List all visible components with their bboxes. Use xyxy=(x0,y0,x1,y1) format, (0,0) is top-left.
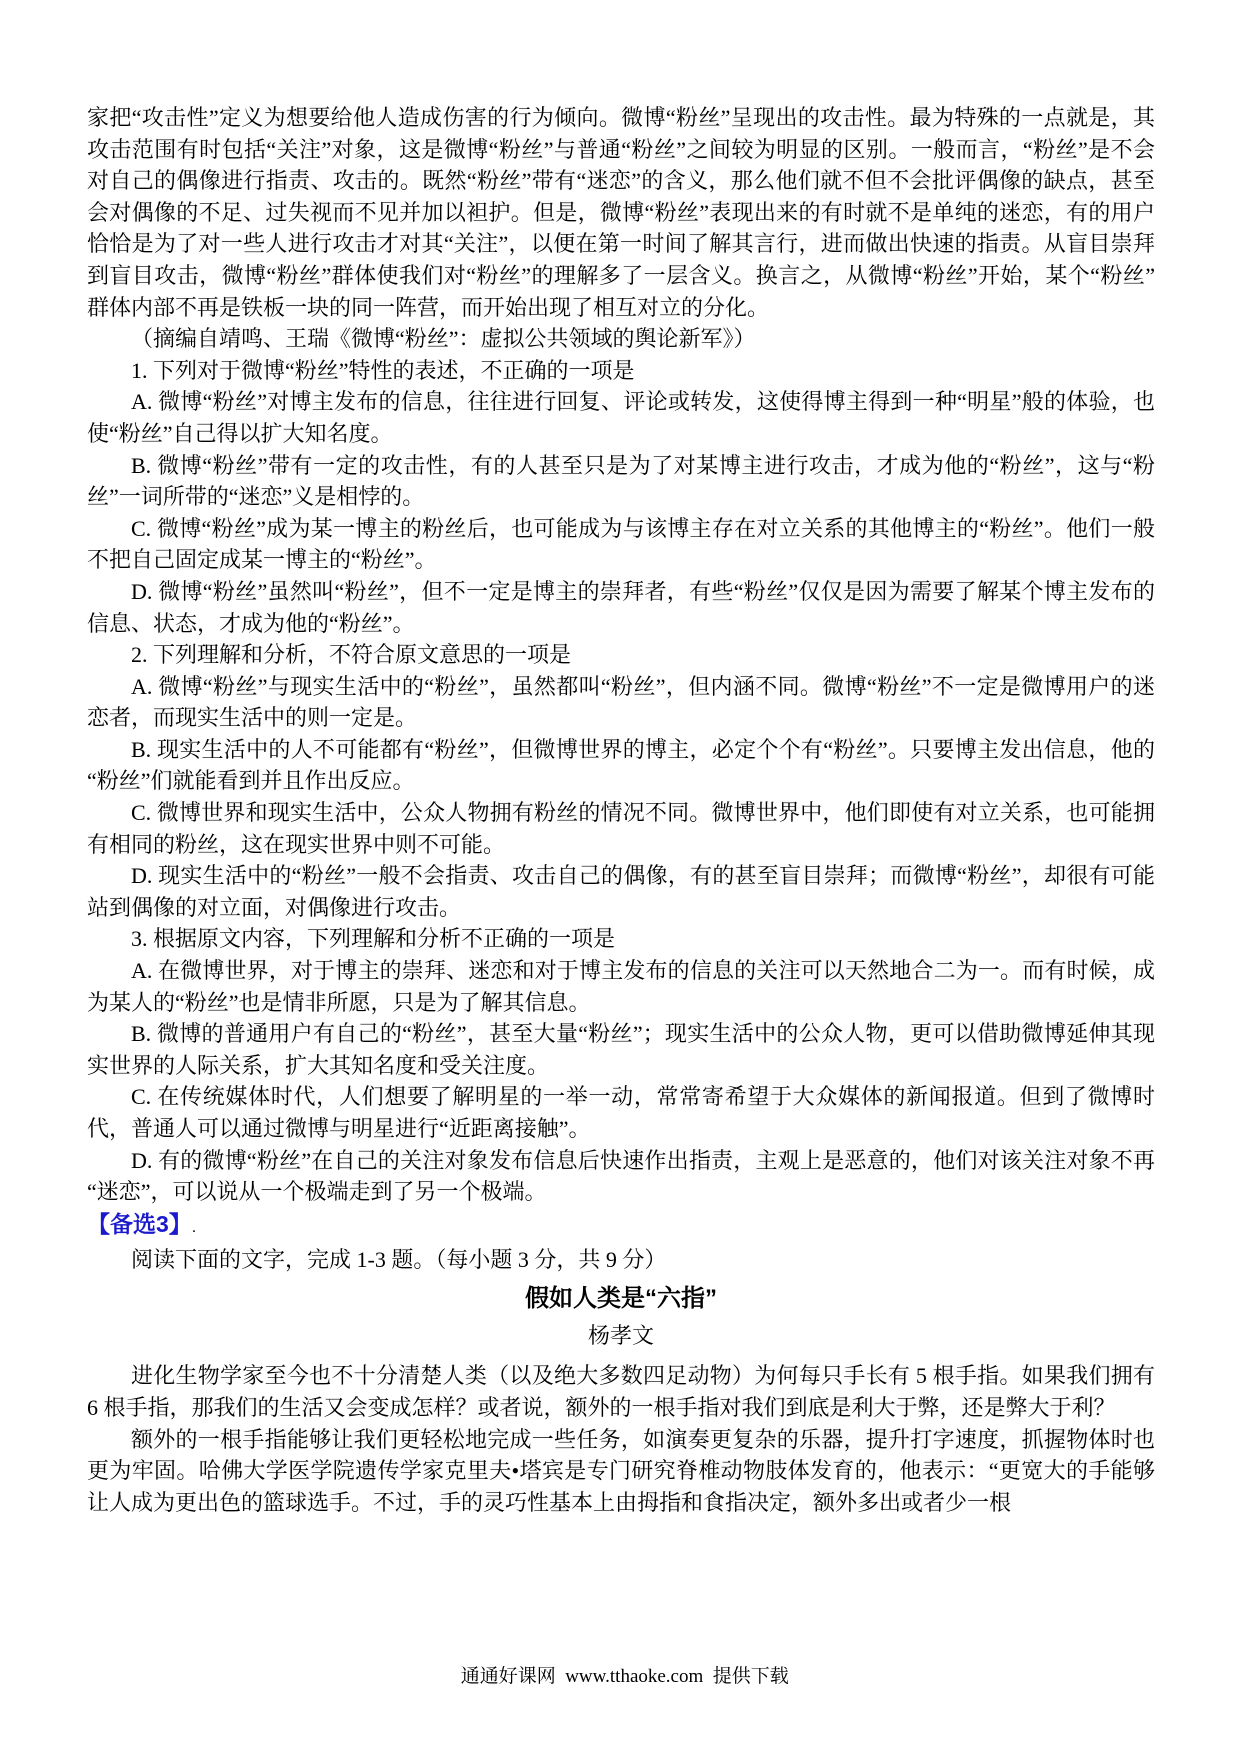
question-2-stem: 2. 下列理解和分析，不符合原文意思的一项是 xyxy=(87,639,1155,671)
passage-continuation-paragraph: 家把“攻击性”定义为想要给他人造成伤害的行为倾向。微博“粉丝”呈现出的攻击性。最… xyxy=(87,102,1155,323)
article-author: 杨孝文 xyxy=(87,1319,1155,1353)
exam-page-content: 家把“攻击性”定义为想要给他人造成伤害的行为倾向。微博“粉丝”呈现出的攻击性。最… xyxy=(87,102,1155,1518)
page-footer: 通通好课网 www.tthaoke.com 提供下载 xyxy=(0,1641,1240,1689)
alt-section-label: 【备选3】 xyxy=(87,1211,192,1237)
question-1-option-d: D. 微博“粉丝”虽然叫“粉丝”，但不一定是博主的崇拜者，有些“粉丝”仅仅是因为… xyxy=(87,576,1155,639)
source-attribution: （摘编自靖鸣、王瑞《微博“粉丝”：虚拟公共领域的舆论新军》） xyxy=(87,323,1155,355)
alt-section-label-dot: . xyxy=(192,1219,196,1236)
question-3-option-b: B. 微博的普通用户有自己的“粉丝”，甚至大量“粉丝”；现实生活中的公众人物，更… xyxy=(87,1018,1155,1081)
question-2-option-a: A. 微博“粉丝”与现实生活中的“粉丝”，虽然都叫“粉丝”，但内涵不同。微博“粉… xyxy=(87,671,1155,734)
article-paragraph-2: 额外的一根手指能够让我们更轻松地完成一些任务，如演奏更复杂的乐器，提升打字速度，… xyxy=(87,1424,1155,1519)
question-3-option-d: D. 有的微博“粉丝”在自己的关注对象发布信息后快速作出指责，主观上是恶意的，他… xyxy=(87,1145,1155,1208)
article-title: 假如人类是“六指” xyxy=(87,1282,1155,1316)
question-2-option-c: C. 微博世界和现实生活中，公众人物拥有粉丝的情况不同。微博世界中，他们即使有对… xyxy=(87,797,1155,860)
question-1-option-a: A. 微博“粉丝”对博主发布的信息，往往进行回复、评论或转发，这使得博主得到一种… xyxy=(87,386,1155,449)
question-1-option-b: B. 微博“粉丝”带有一定的攻击性，有的人甚至只是为了对某博主进行攻击，才成为他… xyxy=(87,450,1155,513)
question-2-option-b: B. 现实生活中的人不可能都有“粉丝”，但微博世界的博主，必定个个有“粉丝”。只… xyxy=(87,734,1155,797)
article-paragraph-1: 进化生物学家至今也不十分清楚人类（以及绝大多数四足动物）为何每只手长有 5 根手… xyxy=(87,1360,1155,1423)
alt-section-heading: 【备选3】. xyxy=(87,1208,1155,1244)
reading-instruction: 阅读下面的文字，完成 1-3 题。（每小题 3 分，共 9 分） xyxy=(87,1244,1155,1276)
question-3-option-a: A. 在微博世界，对于博主的崇拜、迷恋和对于博主发布的信息的关注可以天然地合二为… xyxy=(87,955,1155,1018)
question-3-stem: 3. 根据原文内容，下列理解和分析不正确的一项是 xyxy=(87,923,1155,955)
question-3-option-c: C. 在传统媒体时代，人们想要了解明星的一举一动，常常寄希望于大众媒体的新闻报道… xyxy=(87,1081,1155,1144)
footer-watermark-text: 通通好课网 www.tthaoke.com 提供下载 xyxy=(461,1666,789,1687)
question-1-option-c: C. 微博“粉丝”成为某一博主的粉丝后，也可能成为与该博主存在对立关系的其他博主… xyxy=(87,513,1155,576)
question-2-option-d: D. 现实生活中的“粉丝”一般不会指责、攻击自己的偶像，有的甚至盲目崇拜；而微博… xyxy=(87,860,1155,923)
question-1-stem: 1. 下列对于微博“粉丝”特性的表述，不正确的一项是 xyxy=(87,355,1155,387)
